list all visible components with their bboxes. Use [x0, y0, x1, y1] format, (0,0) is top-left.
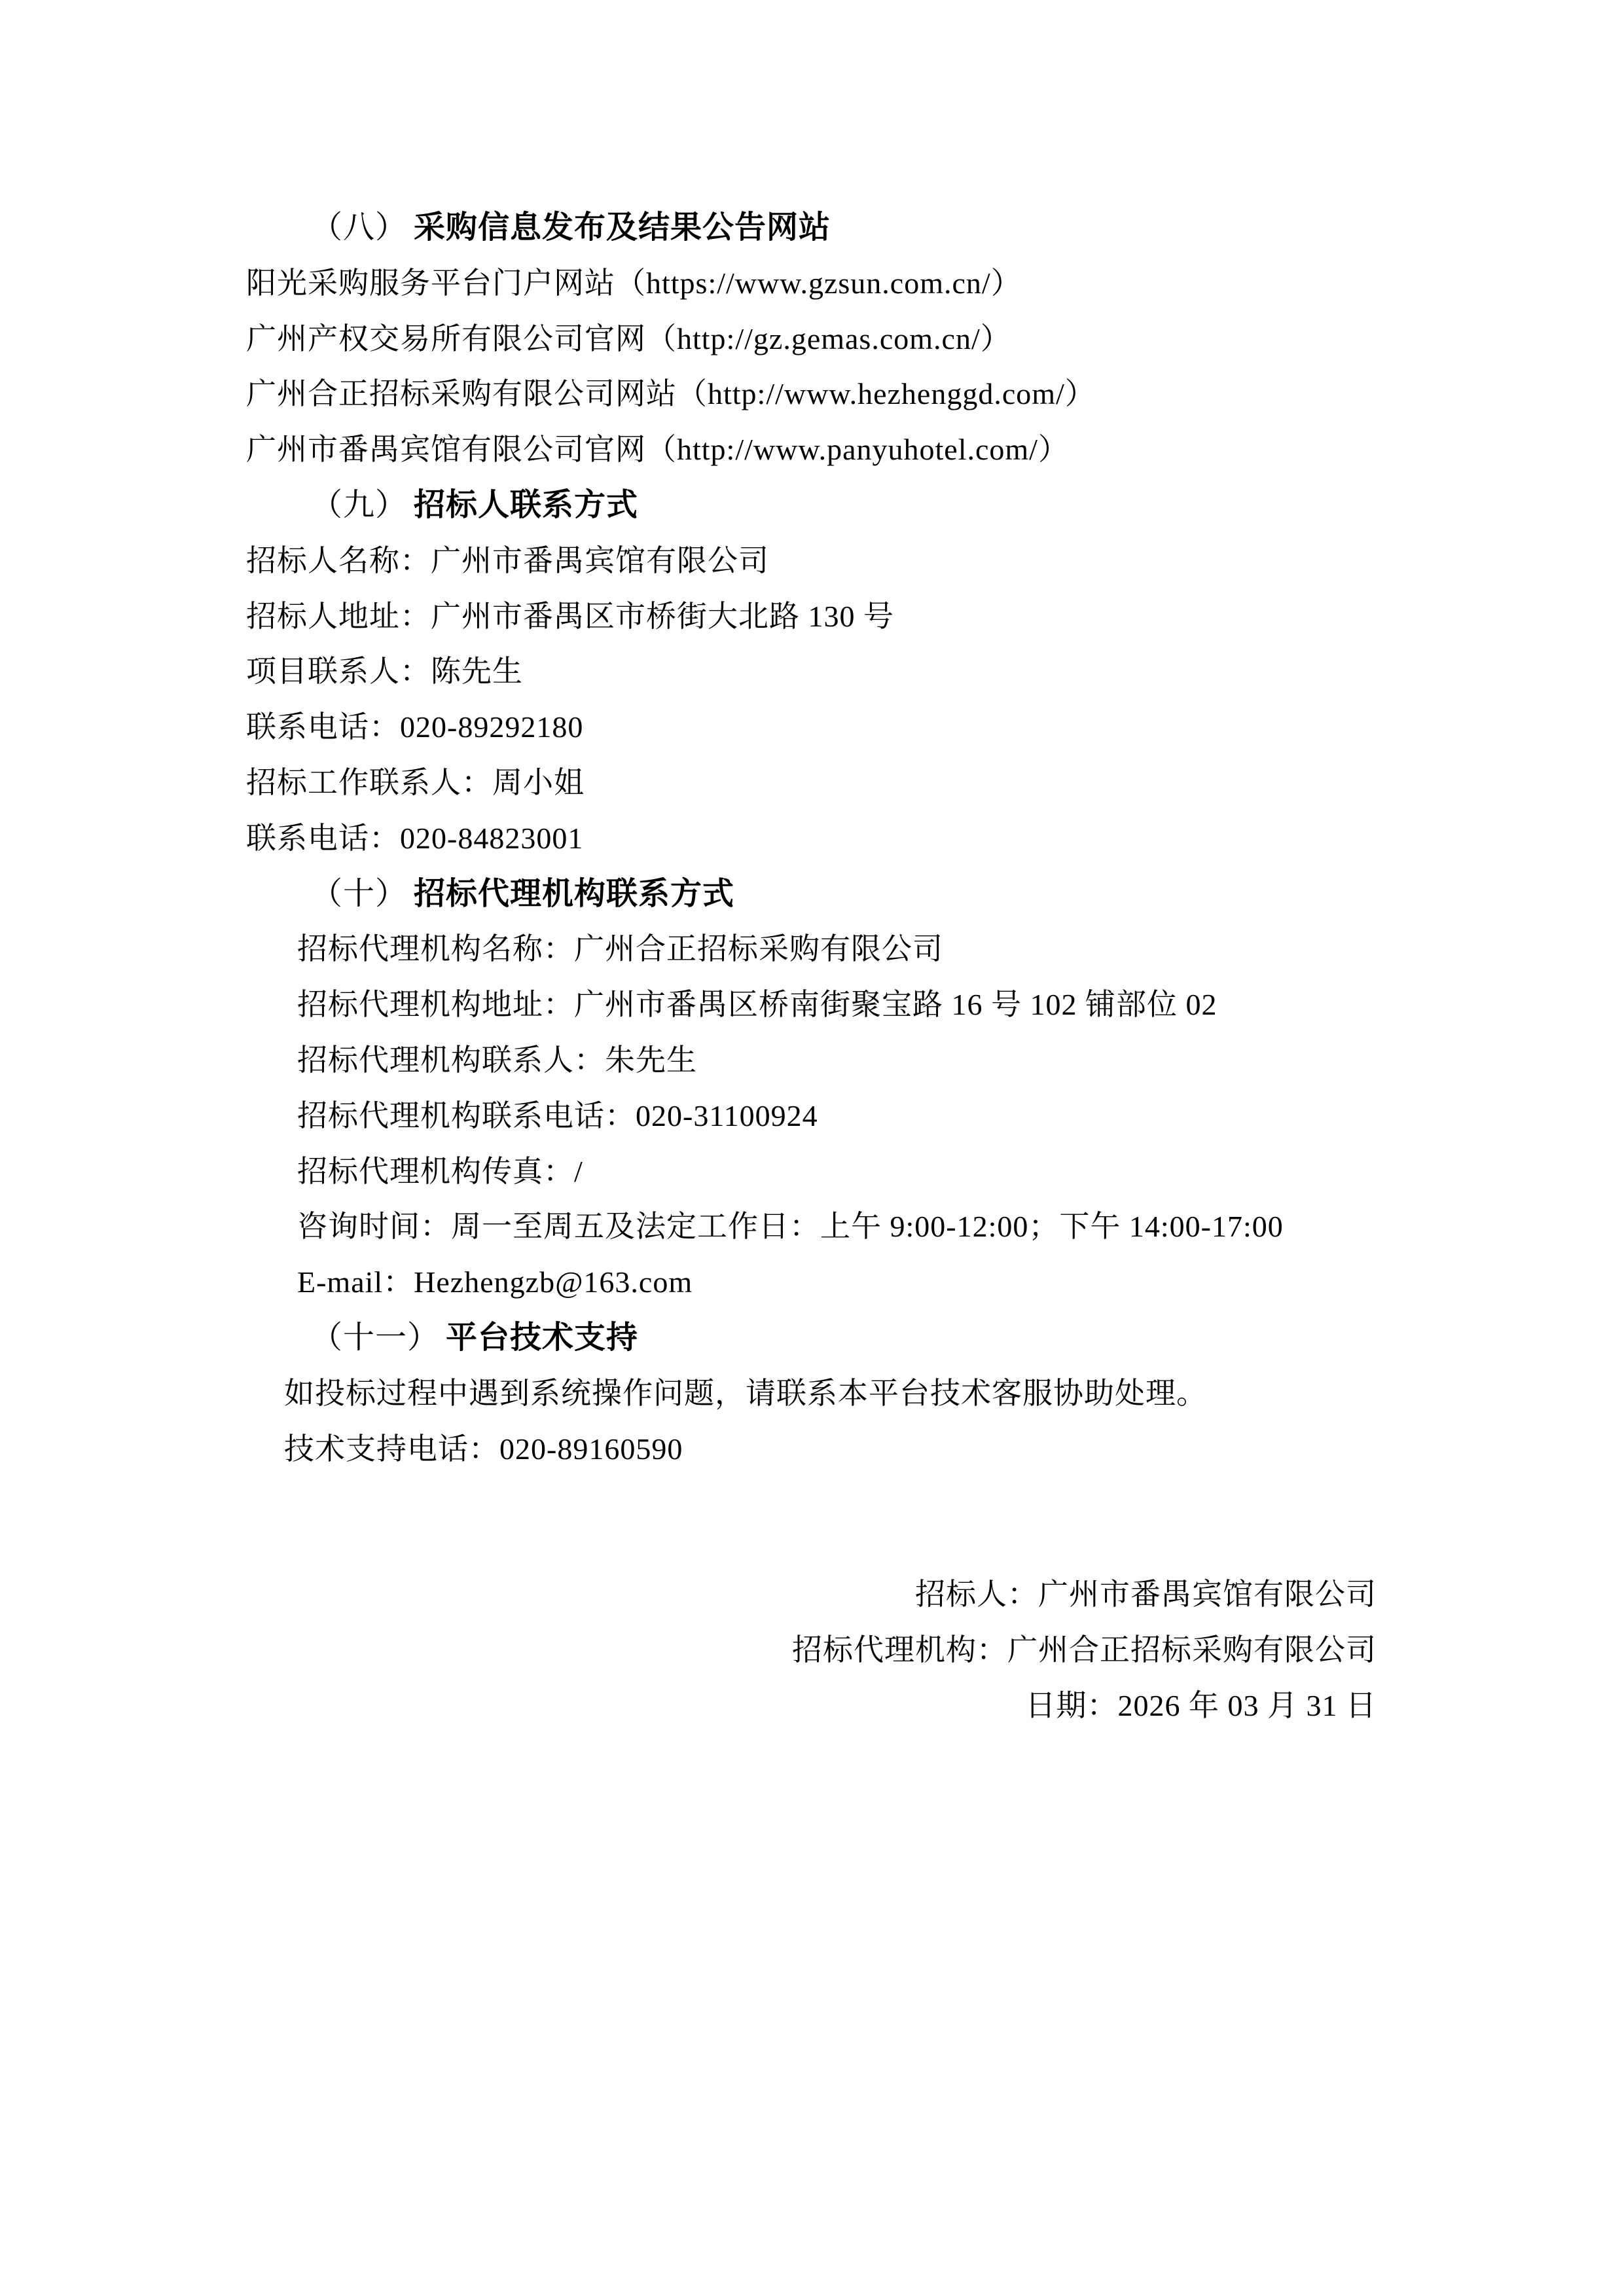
agency-address-line: 招标代理机构地址：广州市番禺区桥南街聚宝路 16 号 102 铺部位 02: [246, 977, 1377, 1033]
email-line: E-mail：Hezhengzb@163.com: [246, 1255, 1377, 1310]
heading-title: 采购信息发布及结果公告网站: [414, 210, 831, 245]
document-page: （八）采购信息发布及结果公告网站 阳光采购服务平台门户网站（https://ww…: [0, 0, 1624, 2295]
heading-number: （八）: [311, 210, 407, 245]
website-line: 广州市番禺宾馆有限公司官网（http://www.panyuhotel.com/…: [246, 422, 1377, 478]
agency-contact-line: 招标代理机构联系人：朱先生: [246, 1033, 1377, 1089]
signature-agency-line: 招标代理机构：广州合正招标采购有限公司: [246, 1623, 1377, 1678]
consult-time-line: 咨询时间：周一至周五及法定工作日：上午 9:00-12:00；下午 14:00-…: [246, 1199, 1377, 1255]
signature-tenderer-line: 招标人：广州市番禺宾馆有限公司: [246, 1567, 1377, 1623]
tech-support-note-line: 如投标过程中遇到系统操作问题，请联系本平台技术客服协助处理。: [246, 1366, 1377, 1422]
signature-block: 招标人：广州市番禺宾馆有限公司 招标代理机构：广州合正招标采购有限公司 日期：2…: [246, 1567, 1377, 1733]
section-heading: （八）采购信息发布及结果公告网站: [246, 200, 1377, 256]
heading-number: （九）: [311, 488, 407, 522]
tenderer-name-line: 招标人名称：广州市番禺宾馆有限公司: [246, 533, 1377, 589]
contact-phone-line: 联系电话：020-89292180: [246, 700, 1377, 755]
tender-work-contact-line: 招标工作联系人：周小姐: [246, 755, 1377, 811]
heading-number: （十）: [311, 876, 407, 911]
heading-title: 平台技术支持: [446, 1320, 638, 1355]
website-line: 阳光采购服务平台门户网站（https://www.gzsun.com.cn/）: [246, 256, 1377, 312]
section-agency-contact: （十）招标代理机构联系方式 招标代理机构名称：广州合正招标采购有限公司 招标代理…: [246, 867, 1377, 1310]
section-tenderer-contact: （九）招标人联系方式 招标人名称：广州市番禺宾馆有限公司 招标人地址：广州市番禺…: [246, 478, 1377, 867]
website-line: 广州产权交易所有限公司官网（http://gz.gemas.com.cn/）: [246, 312, 1377, 367]
signature-date-line: 日期：2026 年 03 月 31 日: [246, 1678, 1377, 1734]
website-line: 广州合正招标采购有限公司网站（http://www.hezhenggd.com/…: [246, 367, 1377, 422]
heading-number: （十一）: [311, 1320, 439, 1355]
section-platform-tech-support: （十一）平台技术支持 如投标过程中遇到系统操作问题，请联系本平台技术客服协助处理…: [246, 1310, 1377, 1477]
contact-phone-line: 联系电话：020-84823001: [246, 811, 1377, 867]
section-heading: （九）招标人联系方式: [246, 478, 1377, 533]
tech-support-phone-line: 技术支持电话：020-89160590: [246, 1422, 1377, 1477]
section-heading: （十）招标代理机构联系方式: [246, 867, 1377, 922]
agency-fax-line: 招标代理机构传真：/: [246, 1144, 1377, 1200]
agency-phone-line: 招标代理机构联系电话：020-31100924: [246, 1089, 1377, 1144]
section-heading: （十一）平台技术支持: [246, 1310, 1377, 1366]
project-contact-line: 项目联系人：陈先生: [246, 644, 1377, 700]
heading-title: 招标人联系方式: [414, 488, 638, 522]
tenderer-address-line: 招标人地址：广州市番禺区市桥街大北路 130 号: [246, 589, 1377, 645]
section-procurement-info-websites: （八）采购信息发布及结果公告网站 阳光采购服务平台门户网站（https://ww…: [246, 200, 1377, 478]
heading-title: 招标代理机构联系方式: [414, 876, 734, 911]
agency-name-line: 招标代理机构名称：广州合正招标采购有限公司: [246, 922, 1377, 977]
